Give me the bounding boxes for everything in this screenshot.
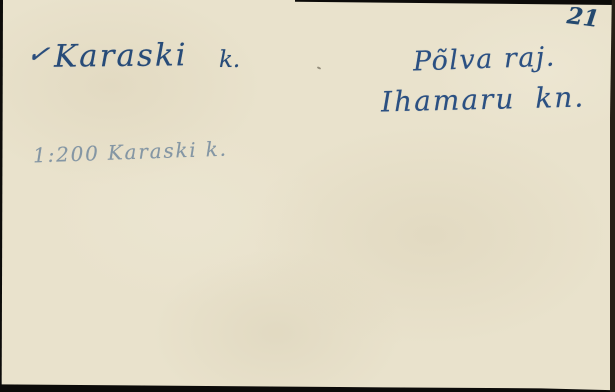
place-qualifier: k. xyxy=(219,49,240,72)
place-name: Karaski xyxy=(54,40,188,72)
scanned-index-card: 21 ✓ Karaski k. Põlva raj. Ihamaru kn. 1… xyxy=(0,0,615,392)
district-label: Põlva raj. xyxy=(413,44,557,76)
page-number: 21 xyxy=(566,4,601,31)
checkmark-icon: ✓ xyxy=(25,40,51,70)
parish-label: Ihamaru kn. xyxy=(381,84,586,117)
pencil-scale-note: 1:200 Karaski k. xyxy=(33,139,228,166)
